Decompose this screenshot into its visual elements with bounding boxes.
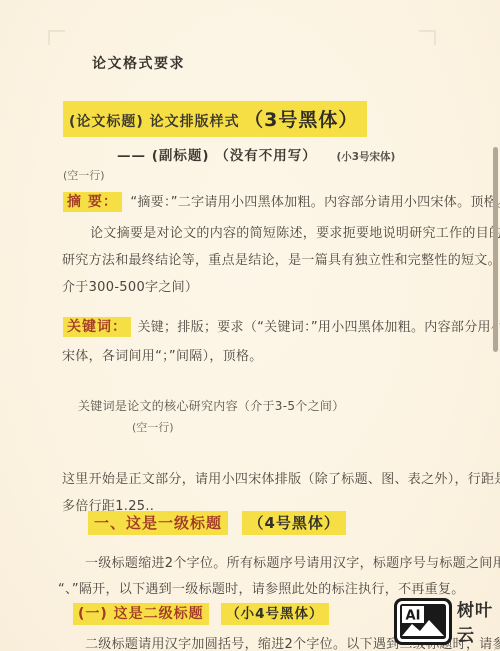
level1-heading-line: 一、这是一级标题 （4号黑体）	[88, 512, 346, 533]
abstract-body-line-1: 论文摘要是对论文的内容的简短陈述，要求扼要地说明研究工作的目的、	[90, 222, 500, 241]
paper-title-heading: (论文标题) 论文排版样式 （3号黑体）	[63, 101, 367, 137]
level2-heading-size-note: （小4号黑体）	[221, 603, 328, 625]
blank-row-marker-top: (空一行)	[63, 167, 105, 183]
abstract-rule-text: “摘要：”二字请用小四黑体加粗。内容部分请用小四宋体。顶格。	[130, 195, 500, 210]
level2-heading-highlight: (一) 这是二级标题	[73, 603, 209, 625]
keywords-rule-text-1: 关键；排版；要求（“关键词：”用小四黑体加粗。内容部分用小四	[137, 320, 500, 335]
document-page: 论文格式要求 (论文标题) 论文排版样式 （3号黑体） —— (副标题) （没有…	[0, 0, 500, 651]
abstract-body-line-2: 研究方法和最终结论等，重点是结论，是一篇具有独立性和完整性的短文。（	[62, 249, 500, 268]
scrollbar-thumb[interactable]	[493, 147, 498, 352]
keywords-rule-line-2: 宋体，各词间用“；”间隔），顶格。	[62, 345, 263, 364]
level1-heading-highlight: 一、这是一级标题	[88, 511, 228, 535]
keywords-term-highlight: 关键词：	[63, 317, 131, 337]
page-margin-corner-mark-right	[419, 30, 436, 45]
paper-title-size-note: （3号黑体）	[244, 109, 358, 131]
svg-text:AI: AI	[406, 608, 421, 623]
keywords-rule-line-1: 关键词： 关键；排版；要求（“关键词：”用小四黑体加粗。内容部分用小四	[63, 316, 500, 336]
level1-heading-size-note: （4号黑体）	[242, 511, 345, 535]
paper-title-text: (论文标题) 论文排版样式	[69, 114, 240, 130]
abstract-rule-line: 摘 要： “摘要：”二字请用小四黑体加粗。内容部分请用小四宋体。顶格。	[63, 191, 500, 211]
page-margin-corner-mark-left	[48, 30, 65, 45]
paper-subtitle: —— (副标题) （没有不用写） (小3号宋体)	[117, 144, 395, 164]
paper-subtitle-font-note: (小3号宋体)	[336, 151, 395, 163]
abstract-term-highlight: 摘 要：	[63, 192, 122, 212]
watermark: AI 树叶云	[394, 596, 500, 646]
body-intro-line-1: 这里开始是正文部分，请用小四宋体排版（除了标题、图、表之外），行距是	[62, 468, 500, 487]
watermark-brand-text: 树叶云	[457, 596, 500, 646]
level1-heading-note-line-2: “、”隔开，以下遇到一级标题时，请参照此处的标注执行，不再重复。	[58, 578, 465, 597]
keywords-note: 关键词是论文的核心研究内容（介于3-5个之间）	[78, 397, 345, 414]
blank-row-marker-mid: (空一行)	[132, 419, 174, 435]
abstract-body-line-3: 介于300-500字之间）	[62, 276, 198, 295]
paper-subtitle-text: —— (副标题) （没有不用写）	[117, 148, 317, 164]
document-title: 论文格式要求	[92, 53, 185, 73]
level1-heading-note-line-1: 一级标题缩进2个字位。所有标题序号请用汉字，标题序号与标题之间用	[85, 552, 500, 571]
level2-heading-line: (一) 这是二级标题 （小4号黑体）	[73, 602, 329, 623]
ai-logo-icon: AI	[394, 598, 452, 645]
